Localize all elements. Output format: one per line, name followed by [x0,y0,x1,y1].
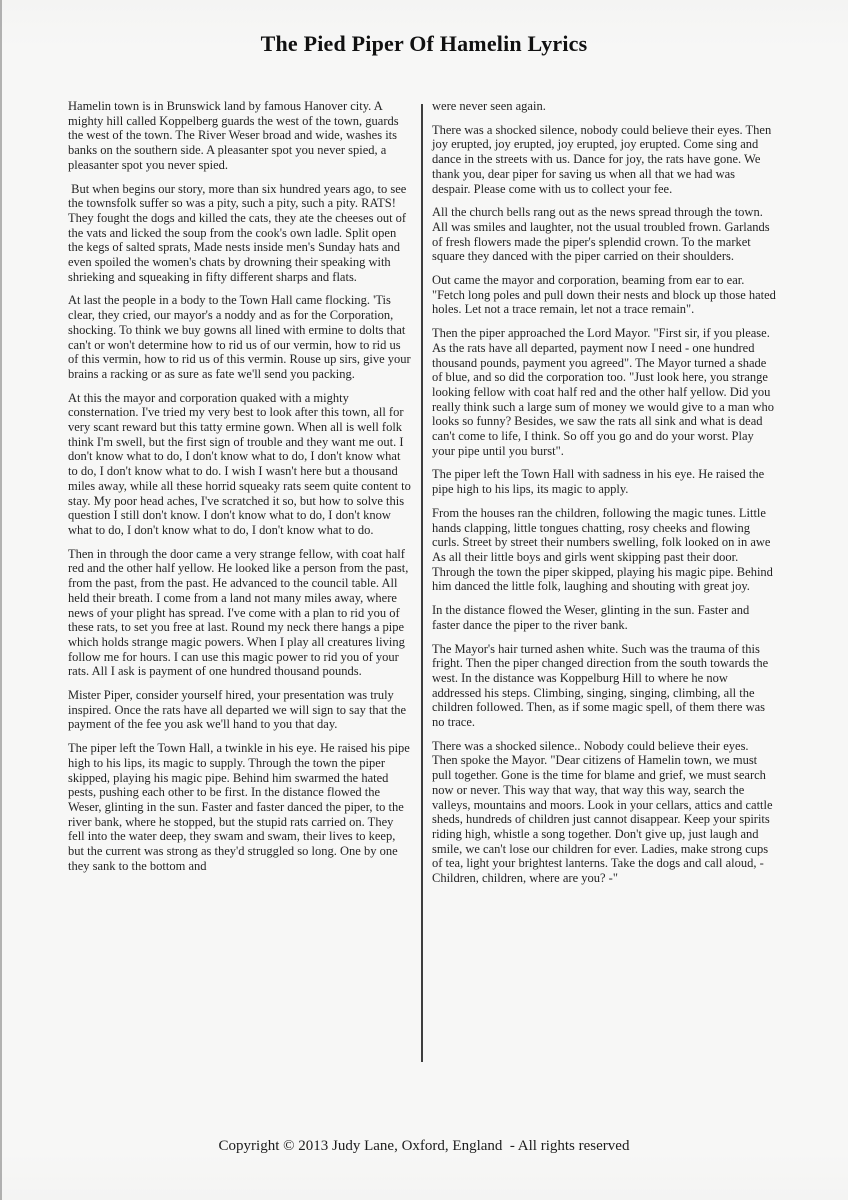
lyrics-paragraph: Then the piper approached the Lord Mayor… [432,326,776,458]
lyrics-paragraph: Out came the mayor and corporation, beam… [432,273,776,317]
lyrics-columns: Hamelin town is in Brunswick land by fam… [68,99,776,895]
lyrics-paragraph: The piper left the Town Hall with sadnes… [432,467,776,496]
lyrics-paragraph: There was a shocked silence, nobody coul… [432,123,776,197]
lyrics-paragraph: All the church bells rang out as the new… [432,205,776,264]
scan-edge-artifact [0,0,2,1200]
lyrics-paragraph: The piper left the Town Hall, a twinkle … [68,741,412,873]
lyrics-paragraph: Hamelin town is in Brunswick land by fam… [68,99,412,173]
lyrics-paragraph: In the distance flowed the Weser, glinti… [432,603,776,632]
lyrics-paragraph: At last the people in a body to the Town… [68,293,412,381]
left-column: Hamelin town is in Brunswick land by fam… [68,99,412,895]
document-page: The Pied Piper Of Hamelin Lyrics Hamelin… [0,0,848,1200]
copyright-footer: Copyright © 2013 Judy Lane, Oxford, Engl… [0,1138,848,1155]
lyrics-paragraph: The Mayor's hair turned ashen white. Suc… [432,642,776,730]
lyrics-paragraph: There was a shocked silence.. Nobody cou… [432,739,776,886]
lyrics-paragraph: At this the mayor and corporation quaked… [68,391,412,538]
lyrics-paragraph: Then in through the door came a very str… [68,547,412,679]
lyrics-paragraph: were never seen again. [432,99,776,114]
lyrics-paragraph: Mister Piper, consider yourself hired, y… [68,688,412,732]
page-title: The Pied Piper Of Hamelin Lyrics [0,0,848,57]
right-column: were never seen again. There was a shock… [432,99,776,895]
lyrics-paragraph: But when begins our story, more than six… [68,182,412,285]
lyrics-paragraph: From the houses ran the children, follow… [432,506,776,594]
